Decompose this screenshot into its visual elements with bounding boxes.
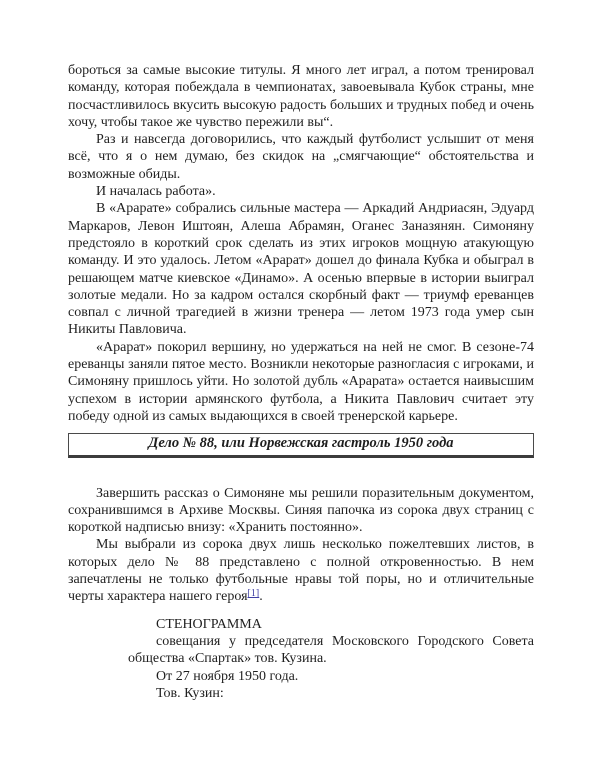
paragraph: И началась работа». — [68, 183, 534, 200]
chapter-heading-text: Дело № 88, или Норвежская гастроль 1950 … — [148, 435, 453, 451]
paragraph: Раз и навсегда договорились, что каждый … — [68, 131, 534, 183]
stenogram-block: СТЕНОГРАММА совещания у председателя Мос… — [128, 616, 534, 702]
paragraph: «Арарат» покорил вершину, но удержаться … — [68, 339, 534, 425]
stenogram-speaker: Тов. Кузин: — [128, 685, 534, 702]
paragraph: Завершить рассказ о Симоняне мы решили п… — [68, 485, 534, 537]
paragraph-with-footnote: Мы выбрали из сорока двух лишь несколько… — [68, 536, 534, 605]
sentence-period: . — [259, 589, 263, 604]
stenogram-date: От 27 ноября 1950 года. — [128, 668, 534, 685]
text-column: бороться за самые высокие титулы. Я мног… — [68, 62, 534, 702]
stenogram-title: СТЕНОГРАММА — [128, 616, 534, 633]
paragraph-text: Мы выбрали из сорока двух лишь несколько… — [68, 537, 534, 604]
book-page: бороться за самые высокие титулы. Я мног… — [0, 0, 600, 777]
chapter-heading: Дело № 88, или Норвежская гастроль 1950 … — [68, 433, 534, 457]
paragraph-continuation: бороться за самые высокие титулы. Я мног… — [68, 62, 534, 131]
stenogram-line: совещания у председателя Московского Гор… — [128, 633, 534, 668]
footnote-link[interactable]: [1] — [248, 588, 260, 599]
paragraph: В «Арарате» собрались сильные мастера — … — [68, 200, 534, 338]
